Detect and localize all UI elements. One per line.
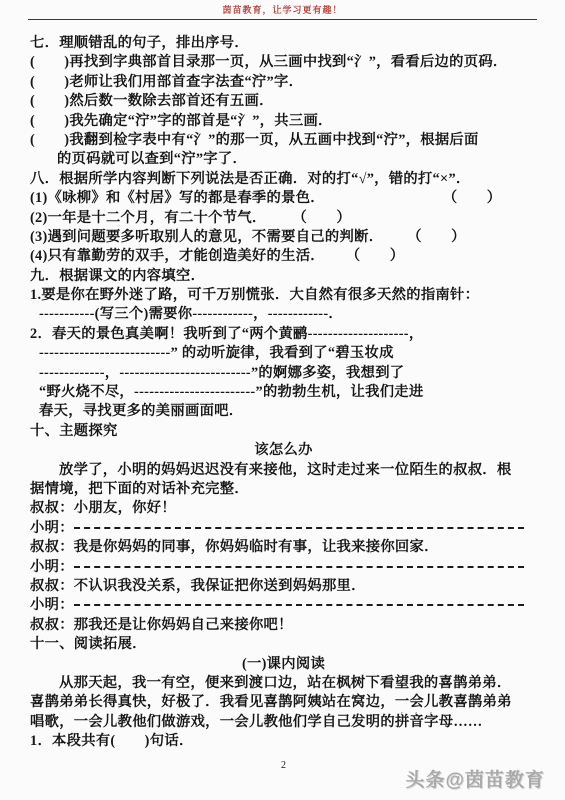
dialog-speaker: 小明： bbox=[30, 559, 74, 575]
judge-item-3: (3)遇到问题要多听取别人的意见，不需要自己的判断．（ ） bbox=[30, 228, 537, 247]
dialog-line-1: 叔叔：小朋友，你好！ bbox=[30, 499, 537, 518]
dialog-text: 那我还是让你妈妈自己来接你吧！ bbox=[74, 617, 293, 633]
dialog-speaker: 叔叔： bbox=[30, 617, 74, 633]
reading-passage-line-2: 喜鹊弟弟长得真快，好极了．我看见喜鹊阿姨站在窝边，一会儿教喜鹊弟弟 bbox=[30, 693, 537, 712]
dialog-text: 小朋友，你好！ bbox=[74, 500, 176, 516]
dialog-text: 不认识我没关系，我保证把你送到妈妈那里． bbox=[74, 578, 366, 594]
passage-text: 教他们做游戏， bbox=[118, 714, 220, 730]
section-7-item-5-continuation: 的页码就可以查到“泞”字了． bbox=[30, 150, 537, 169]
section-10-heading: 十、主题探究 bbox=[30, 422, 537, 441]
dialog-speaker: 小明： bbox=[30, 520, 74, 536]
page-header: 茵苗教育，让学习更有趣！ bbox=[0, 0, 565, 20]
judge-item-text: (1)《咏柳》和《村居》写的都是春季的景色． bbox=[30, 190, 325, 206]
worksheet-content: 七．理顺错乱的句子，排出序号． ( )再找到字典部首目录那一页，从三画中找到“氵… bbox=[30, 34, 537, 770]
header-divider bbox=[28, 19, 537, 20]
fill-blank-q2-line-3: -------------，--------------------------… bbox=[30, 364, 537, 383]
worksheet-page: 茵苗教育，让学习更有趣！ 七．理顺错乱的句子，排出序号． ( )再找到字典部首目… bbox=[0, 0, 565, 770]
emphasized-text: 一会儿 bbox=[220, 714, 264, 730]
judge-item-text: (3)遇到问题要多听取别人的意见，不需要自己的判断． bbox=[30, 229, 383, 245]
fill-blank-q2-line-2: --------------------------” 的动听旋律，我看到了“碧… bbox=[30, 344, 537, 363]
scenario-line-2: 据情境，把下面的对话补充完整． bbox=[30, 480, 537, 499]
passage-text: 唱歌， bbox=[30, 714, 74, 730]
section-7-item-4: ( )我先确定“泞”字的部首是“氵”，共三画． bbox=[30, 112, 537, 131]
scenario-line-1: 放学了，小明的妈妈迟迟没有来接他，这时走过来一位陌生的叔叔．根 bbox=[30, 461, 537, 480]
fill-blank-q1-line-2: -----------(写三个)需要你------------，--------… bbox=[30, 305, 537, 324]
answer-parentheses: （ ） bbox=[346, 247, 404, 266]
dialog-speaker: 叔叔： bbox=[30, 500, 74, 516]
passage-text: 教他们学自己发明的拼音字母…… bbox=[264, 714, 483, 730]
reading-passage-line-1: 从那天起，我一有空，便来到渡口边，站在枫树下看望我的喜鹊弟弟． bbox=[30, 674, 537, 693]
dialog-line-5: 叔叔：不认识我没关系，我保证把你送到妈妈那里． bbox=[30, 577, 537, 596]
answer-blank bbox=[74, 603, 524, 606]
answer-blank bbox=[74, 526, 524, 529]
answer-parentheses: （ ） bbox=[407, 228, 465, 247]
brand-slogan: 茵苗教育，让学习更有趣！ bbox=[0, 3, 565, 16]
dialog-line-2: 小明： bbox=[30, 519, 537, 538]
reading-subtitle: (一)课内阅读 bbox=[30, 655, 537, 674]
section-7-item-3: ( )然后数一数除去部首还有五画． bbox=[30, 92, 537, 111]
answer-parentheses: （ ） bbox=[443, 189, 501, 208]
reading-question-1: 1．本段共有( )句话． bbox=[30, 732, 537, 751]
section-9-heading: 九．根据课文的内容填空． bbox=[30, 267, 537, 286]
fill-blank-q2-line-5: 春天，寻找更多的美丽画面吧． bbox=[30, 402, 537, 421]
dialog-line-4: 小明： bbox=[30, 558, 537, 577]
emphasized-text: 一会儿 bbox=[74, 714, 118, 730]
dialog-line-6: 小明： bbox=[30, 596, 537, 615]
fill-blank-q2-line-4: “野火烧不尽，------------------------”的勃勃生机，让我… bbox=[30, 383, 537, 402]
passage-text: 喜鹊弟弟长得真快，好极了．我看见喜鹊阿姨站在窝边， bbox=[30, 694, 395, 710]
toutiao-watermark: 头条@茵苗教育 bbox=[405, 765, 545, 792]
section-11-heading: 十一、阅读拓展． bbox=[30, 635, 537, 654]
judge-item-text: (4)只有靠勤劳的双手，才能创造美好的生活． bbox=[30, 248, 325, 264]
judge-item-1: (1)《咏柳》和《村居》写的都是春季的景色．（ ） bbox=[30, 189, 537, 208]
dialog-speaker: 叔叔： bbox=[30, 578, 74, 594]
fill-blank-q2-line-1: 2．春天的景色真美啊！我听到了“两个黄鹂--------------------… bbox=[30, 325, 537, 344]
judge-item-text: (2)一年是十二个月，有二十个节气． bbox=[30, 210, 267, 226]
dialog-speaker: 小明： bbox=[30, 597, 74, 613]
dialog-line-3: 叔叔：我是你妈妈的同事，你妈妈临时有事，让我来接你回家． bbox=[30, 538, 537, 557]
section-7-item-1: ( )再找到字典部首目录那一页，从三画中找到“氵”，看看后边的页码． bbox=[30, 53, 537, 72]
judge-item-2: (2)一年是十二个月，有二十个节气．（ ） bbox=[30, 209, 537, 228]
activity-title: 该怎么办 bbox=[30, 441, 537, 460]
answer-parentheses: （ ） bbox=[293, 209, 351, 228]
dialog-text: 我是你妈妈的同事，你妈妈临时有事，让我来接你回家． bbox=[74, 539, 439, 555]
fill-blank-q1-line-1: 1.要是你在野外迷了路，可千万别慌张．大自然有很多天然的指南针： bbox=[30, 286, 537, 305]
answer-blank bbox=[74, 565, 524, 568]
passage-text: 教喜鹊弟弟 bbox=[439, 694, 512, 710]
reading-passage-line-3: 唱歌，一会儿教他们做游戏，一会儿教他们学自己发明的拼音字母…… bbox=[30, 713, 537, 732]
section-7-heading: 七．理顺错乱的句子，排出序号． bbox=[30, 34, 537, 53]
section-7-item-5: ( )我翻到检字表中有“氵”的那一页，从五画中找到“泞”，根据后面 bbox=[30, 131, 537, 150]
section-7-item-2: ( )老师让我们用部首查字法查“泞”字． bbox=[30, 73, 537, 92]
emphasized-text: 一会儿 bbox=[395, 694, 439, 710]
dialog-line-7: 叔叔：那我还是让你妈妈自己来接你吧！ bbox=[30, 616, 537, 635]
judge-item-4: (4)只有靠勤劳的双手，才能创造美好的生活．（ ） bbox=[30, 247, 537, 266]
dialog-speaker: 叔叔： bbox=[30, 539, 74, 555]
section-8-heading: 八．根据所学内容判断下列说法是否正确．对的打“√”，错的打“×”． bbox=[30, 170, 537, 189]
